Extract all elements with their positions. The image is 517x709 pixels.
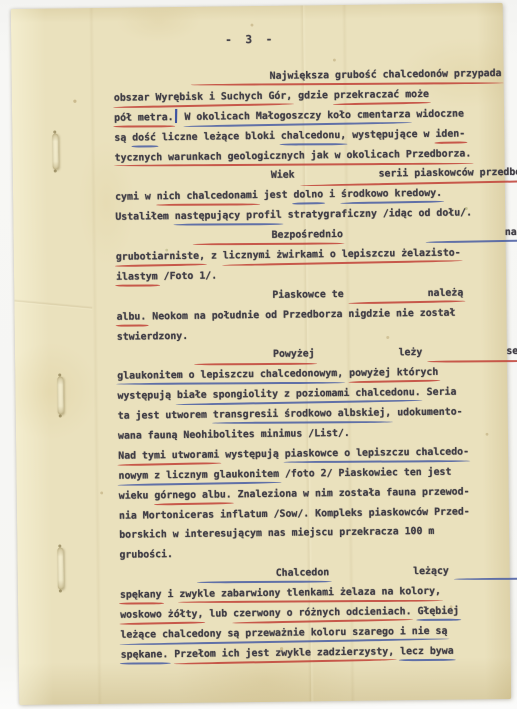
text-segment: /foto 2/ Piaskowiec ten jest (279, 462, 452, 484)
underlined-text: grubotiarniste, (116, 247, 205, 268)
text-segment: jest (258, 186, 294, 206)
staple-mark (57, 547, 64, 589)
underlined-text: Bezpośrednio (193, 225, 343, 247)
text-segment: są (114, 128, 132, 148)
underlined-text: dość (132, 128, 156, 148)
text-segment: Neokom na południe od Przedborza nigdzie… (146, 303, 455, 327)
document-page: - 3 - Największa grubość chalcedonów prz… (11, 3, 511, 705)
text-segment (343, 224, 427, 245)
underlined-text: Chalcedon (198, 563, 330, 585)
underlined-text: Powyżej (195, 345, 315, 366)
underlined-text: obszar Wyrębisk i Suchych Gór, (114, 86, 293, 108)
text-segment: wiekowo do (463, 281, 517, 303)
text-lines: Największa grubość chalcedonów przypada … (114, 64, 503, 665)
text-segment: stratygraficzny /idąc od dołu/. (282, 204, 472, 226)
underlined-text: nowym z licznym glaukonitem (118, 465, 279, 487)
underlined-text: czerwony o różnych odcieniach. (233, 602, 412, 624)
underlined-text: dolno (293, 186, 323, 206)
underlined-text: na jurze (427, 223, 517, 244)
text-segment: stwierdzony. (117, 326, 189, 347)
underlined-text: pół metra. (114, 108, 174, 129)
paper-speckles (11, 9, 13, 11)
text-segment: występują (219, 445, 285, 466)
underlined-text: licznymi żwirkami o lepiszczu żelazisto- (223, 244, 461, 267)
text-segment: borskich w interesującym nas miejscu prz… (119, 522, 434, 546)
underlined-text: Nad tymi utworami (118, 445, 219, 466)
crease-mark (14, 299, 92, 310)
underlined-text: W okolicach Małogoszczy koło cmentarza (184, 105, 410, 128)
text-segment: gdzie (292, 86, 334, 106)
text-segment: Wiek (193, 166, 301, 187)
staple-mark (57, 376, 63, 414)
text-segment: udokumento- (391, 403, 463, 424)
scan-background: - 3 - Największa grubość chalcedonów prz… (0, 0, 517, 709)
underlined-text: górnego albu. (154, 485, 232, 506)
text-segment: cymi w (115, 188, 157, 208)
text-segment: liczne leżące bloki (156, 126, 281, 147)
text-line: spękane. Przełom ich jest zwykle zadzier… (121, 641, 503, 666)
underlined-text: seria (428, 342, 517, 363)
text-segment: ta jest utworem (118, 406, 213, 427)
underlined-text: piaskowce o lepiszczu chalcedo- (285, 442, 470, 464)
text-segment: widoczne (410, 104, 464, 125)
underlined-text: środkowo kredowy. (341, 184, 442, 205)
text-segment: z (205, 246, 223, 266)
underlined-text: spękane. (121, 645, 169, 665)
text-segment: /Foto 1/. (158, 266, 218, 287)
underlined-text: lecz bywa (400, 641, 454, 662)
underlined-text: glaukonitem o lepiszczu chalcedonowym, (117, 364, 343, 387)
underlined-text: iden- (435, 124, 465, 144)
underlined-text: na wychodniach (455, 560, 517, 582)
text-segment: i (323, 185, 341, 205)
crease-mark (89, 8, 103, 704)
underlined-text: transgresii środkowo albskiej, (213, 404, 392, 426)
underlined-text: nich chalcedonami (157, 186, 258, 207)
underlined-text: chalcedonu, (281, 126, 347, 147)
underlined-text: spękany (120, 585, 162, 605)
text-segment: i (161, 585, 179, 605)
underlined-text: powyżej których (349, 363, 438, 384)
text-segment: wieku (119, 486, 155, 506)
underlined-text: serii piaskowców przedborskich z występu… (300, 162, 517, 186)
underlined-text: przekraczać może (334, 85, 429, 106)
underlined-text: należą (349, 283, 463, 304)
text-segment: Ustaliłem (115, 207, 175, 228)
text-segment: Piaskowce te (194, 285, 350, 307)
underlined-text: albu. (116, 307, 146, 327)
underlined-text: Przełom ich jest zwykle zadzierzysty, (174, 642, 394, 665)
text-segment: Seria (421, 383, 457, 403)
text-segment: na (501, 63, 517, 84)
underlined-text: następujący profil (175, 206, 282, 227)
text-segment: występujące w (346, 125, 435, 146)
underlined-text: Największa grubość chalcedonów przypada (191, 64, 501, 88)
page-number: - 3 - (225, 33, 276, 47)
underlined-text: woskowo żółty, (120, 605, 203, 626)
underlined-text: ilastym (116, 267, 158, 287)
text-segment: leży (315, 343, 429, 364)
underlined-text: Głębiej (417, 602, 459, 622)
text-segment: lub (203, 604, 233, 624)
text-segment: grubości. (119, 545, 173, 566)
text-segment: występują (117, 386, 177, 407)
text-segment: leżący (329, 562, 455, 583)
staple-mark (52, 133, 58, 169)
